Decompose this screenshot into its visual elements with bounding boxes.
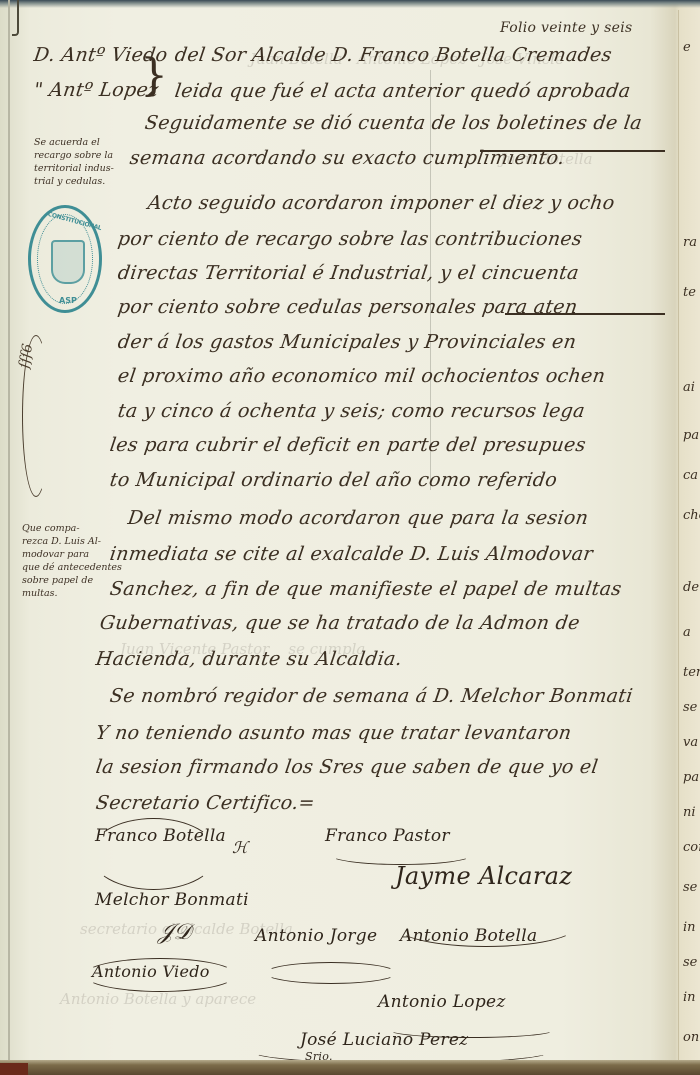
rubric-mark: ℋ [232, 838, 248, 857]
facing-page-fragment: se [683, 955, 697, 970]
signature-flourish [250, 1038, 552, 1062]
line-filler-stroke [480, 150, 665, 152]
margin-note-line: trial y cedulas. [34, 175, 114, 188]
signature: Antonio Lopez [378, 992, 506, 1012]
signature: Antonio Jorge [255, 926, 377, 946]
margin-note-line: sobre papel de [22, 574, 122, 587]
facing-page-fragment: te [683, 285, 696, 300]
facing-page-fragment: se [683, 700, 697, 715]
signature: Melchor Bonmati [95, 890, 249, 910]
folio-number: Folio veinte y seis [500, 20, 632, 36]
brace-glyph: } [140, 50, 168, 101]
signature-flourish [265, 962, 397, 984]
facing-page-fragment: con [683, 840, 700, 855]
body-line-19: Se nombró regidor de semana á D. Melchor… [108, 685, 634, 707]
body-line-3: Seguidamente se dió cuenta de los boleti… [143, 112, 643, 134]
facing-page-fragment: ca [683, 468, 698, 483]
margin-note-line: multas. [22, 587, 122, 600]
body-line-21: la sesion firmando los Sres que saben de… [94, 756, 599, 778]
margin-note-line: territorial indus- [34, 162, 114, 175]
page-fold [678, 10, 679, 1060]
body-line-18: Hacienda, durante su Alcaldia. [94, 648, 403, 670]
body-line-10: el proximo año economico mil ochocientos… [116, 365, 606, 387]
body-line-12: les para cubrir el deficit en parte del … [108, 434, 587, 456]
body-line-15: inmediata se cite al exalcalde D. Luis A… [108, 543, 594, 565]
margin-note-line: modovar para [22, 548, 122, 561]
margin-note-1: Se acuerda el recargo sobre la territori… [34, 136, 114, 188]
facing-page-fragment: pa [683, 770, 699, 785]
body-line-9: der á los gastos Municipales y Provincia… [116, 331, 577, 353]
body-line-13: to Municipal ordinario del año como refe… [108, 469, 558, 491]
body-line-2: leida que fué el acta anterior quedó apr… [173, 80, 632, 102]
binding-hook [12, 0, 19, 36]
body-line-5: Acto seguido acordaron imponer el diez y… [146, 192, 616, 214]
facing-page-fragment: in [683, 920, 696, 935]
facing-page-fragment: ter [683, 665, 700, 680]
body-line-14: Del mismo modo acordaron que para la ses… [126, 507, 589, 529]
signature: Jayme Alcaraz [395, 862, 572, 890]
facing-page-fragment: a [683, 625, 691, 640]
facing-page-fragment: che [683, 508, 700, 523]
facing-page-fragment: pa [683, 428, 699, 443]
signature: Franco Pastor [325, 826, 450, 846]
body-line-7: directas Territorial é Industrial, y el … [116, 262, 580, 284]
facing-page-fragment: se [683, 880, 697, 895]
body-line-16: Sanchez, a fin de que manifieste el pape… [108, 578, 623, 600]
margin-note-2: Que compa- rezca D. Luis Al- modovar par… [22, 522, 122, 600]
body-line-8: por ciento sobre cedulas personales para… [116, 296, 579, 318]
facing-page-fragment: de [683, 580, 699, 595]
bleed-through-text: Antonio Botella y aparece [60, 990, 256, 1008]
binding-line [8, 0, 10, 1060]
facing-page-fragment: in [683, 990, 696, 1005]
body-line-11: ta y cinco á ochenta y seis; como recurs… [116, 400, 586, 422]
body-line-17: Gubernativas, que se ha tratado de la Ad… [98, 612, 581, 634]
facing-page-fragment: ra [683, 235, 697, 250]
facing-page-fragment: on [683, 1030, 699, 1045]
coat-of-arms-icon [51, 240, 85, 284]
margin-note-line: que dé antecedentes [22, 561, 122, 574]
margin-note-line: rezca D. Luis Al- [22, 535, 122, 548]
body-line-6: por ciento de recargo sobre las contribu… [116, 228, 583, 250]
facing-page-fragment: va [683, 735, 698, 750]
municipal-seal-stamp: CONSTITUCIONAL ASP [28, 205, 102, 313]
line-filler-stroke [505, 313, 665, 315]
signature-flourish [90, 818, 217, 890]
page-top-shadow [0, 0, 700, 8]
signature-flourish [395, 905, 577, 947]
margin-note-line: recargo sobre la [34, 149, 114, 162]
body-line-1: del Sor Alcalde D. Franco Botella Cremad… [173, 44, 613, 66]
seal-text-bottom: ASP [59, 296, 77, 305]
margin-note-line: Se acuerda el [34, 136, 114, 149]
facing-page-fragment: ai [683, 380, 695, 395]
facing-page-fragment: e [683, 40, 691, 55]
body-line-22: Secretario Certifico.= [94, 792, 316, 814]
manuscript-page: Juan Botella Antonio Lopez Jose Vincle J… [0, 0, 700, 1062]
facing-page-fragment: ni [683, 805, 696, 820]
rubric-mark: 𝒥𝒟 [158, 920, 191, 945]
book-bottom-edge [0, 1060, 700, 1075]
body-line-20: Y no teniendo asunto mas que tratar leva… [94, 722, 572, 744]
margin-note-line: Que compa- [22, 522, 122, 535]
signature-flourish [84, 958, 236, 992]
